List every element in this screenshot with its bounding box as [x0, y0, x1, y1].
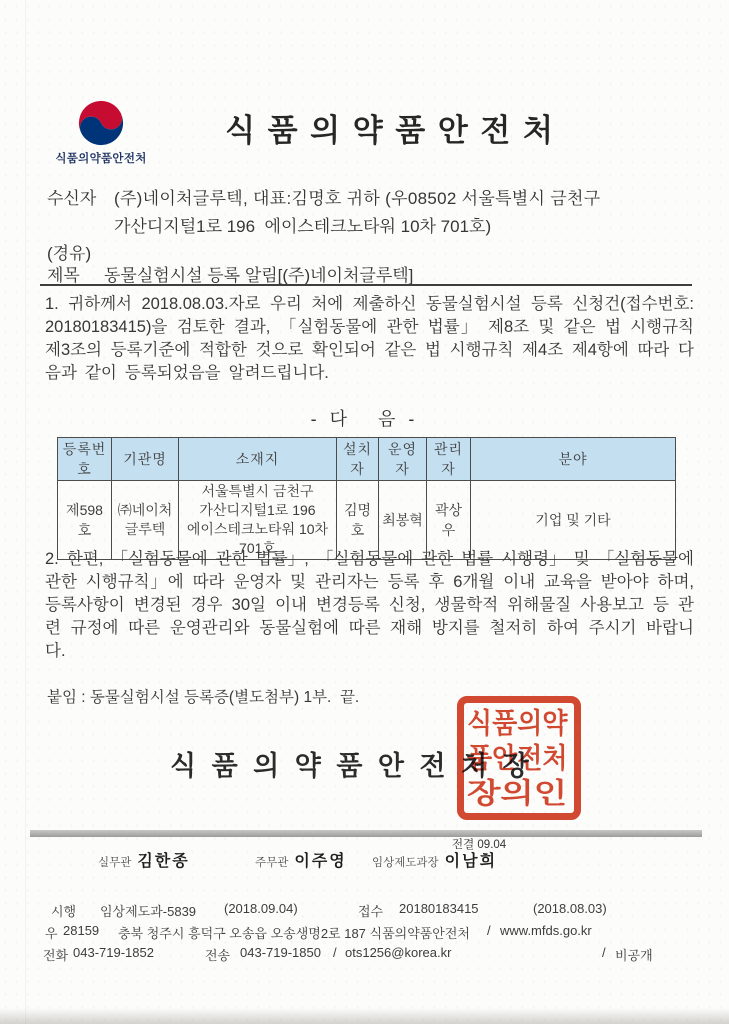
approval-divider-bar [30, 830, 702, 837]
footer-doc-number: 임상제도과-5839 [100, 901, 196, 920]
body-paragraph-2: 2. 한편, 「실험동물에 관한 법률」, 「실험동물에 관한 법률 시행령」 … [45, 548, 694, 663]
footer-email: ots1256@korea.kr [345, 945, 451, 960]
address-line2: 가산디지털1로 196 [181, 501, 334, 520]
recipient-line2: 가산디지털1로 196 에이스테크노타워 10차 701호) [114, 212, 491, 237]
official-2-name: 이주영 [294, 848, 346, 871]
footer-fax-label: 전송 [205, 945, 230, 964]
address-line1: 서울특별시 금천구 [181, 482, 334, 501]
header-org-name: 기관명 [112, 438, 179, 481]
official-3-role: 임상제도과장 [372, 854, 439, 870]
attachment-note: 붙임 : 동물실험시설 등록증(별도첨부) 1부. 끝. [47, 685, 359, 707]
header-address: 소재지 [179, 438, 337, 481]
official-1-name: 김한종 [137, 848, 189, 871]
seal-text-row2: 품안전처 [467, 740, 571, 776]
footer-receipt-date: (2018.08.03) [533, 901, 607, 916]
header-reg-no: 등록번호 [58, 438, 112, 481]
daeum-heading: - 다 음 - [0, 405, 729, 431]
recipient-label: 수신자 [47, 184, 96, 209]
recipient-line1: (주)네이처글루텍, 대표:김명호 귀하 (우08502 서울특별시 금천구 [114, 184, 600, 209]
body-paragraph-1: 1. 귀하께서 2018.08.03.자로 우리 처에 제출하신 동물실험시설 … [45, 293, 694, 385]
official-2: 주무관 이주영 [255, 848, 347, 871]
footer-tel: 043-719-1852 [73, 945, 154, 960]
footer-send-label: 시행 [51, 901, 76, 920]
footer-disclosure: 비공개 [615, 945, 653, 964]
footer-fax: 043-719-1850 [240, 945, 321, 960]
official-1-role: 실무관 [98, 854, 131, 870]
subject-text: 동물실험시설 등록 알림[(주)네이처글루텍] [104, 261, 413, 286]
official-3: 임상제도과장 이남희 [372, 848, 497, 871]
footer-zip: 28159 [63, 923, 99, 938]
table-header-row: 등록번호 기관명 소재지 설치자 운영자 관리자 분야 [58, 438, 676, 481]
footer-send-date: (2018.09.04) [224, 901, 298, 916]
header-operator: 운영자 [379, 438, 427, 481]
footer-receipt-number: 20180183415 [399, 901, 479, 916]
subject-divider [40, 284, 692, 286]
scan-edge-bottom [0, 1008, 729, 1024]
mfds-logo-text: 식품의약품안전처 [44, 150, 158, 166]
header-field: 분야 [471, 438, 676, 481]
official-1: 실무관 김한종 [98, 848, 190, 871]
official-2-role: 주무관 [255, 854, 288, 870]
subject-label: 제목 [47, 261, 80, 286]
footer-slash-2: / [333, 945, 337, 960]
official-seal-stamp: 식품의약 품안전처 장의인 [457, 696, 581, 820]
footer-slash-1: / [487, 923, 491, 938]
org-name-line1: ㈜네이처 [114, 501, 176, 520]
footer-website: www.mfds.go.kr [500, 923, 592, 938]
footer-tel-label: 전화 [43, 945, 68, 964]
footer-slash-3: / [602, 945, 606, 960]
document-title: 식 품 의 약 품 안 전 처 [110, 105, 670, 150]
official-3-name: 이남희 [445, 848, 497, 871]
document-page: 식품의약품안전처 식 품 의 약 품 안 전 처 수신자 (주)네이처글루텍, … [0, 0, 729, 1024]
footer-address: 충북 청주시 흥덕구 오송읍 오송생명2로 187 식품의약품안전처 [118, 923, 470, 942]
seal-text-row3: 장의인 [467, 775, 605, 811]
org-name-line2: 글루텍 [114, 520, 176, 539]
footer-zip-label: 우 [45, 923, 58, 942]
registration-table: 등록번호 기관명 소재지 설치자 운영자 관리자 분야 제598호 ㈜네이처 글… [57, 437, 676, 560]
scan-edge-left [25, 0, 26, 1024]
header-manager: 관리자 [427, 438, 471, 481]
header-installer: 설치자 [337, 438, 379, 481]
footer-receipt-label: 접수 [358, 901, 383, 920]
seal-text-row1: 식품의약 [467, 705, 571, 741]
